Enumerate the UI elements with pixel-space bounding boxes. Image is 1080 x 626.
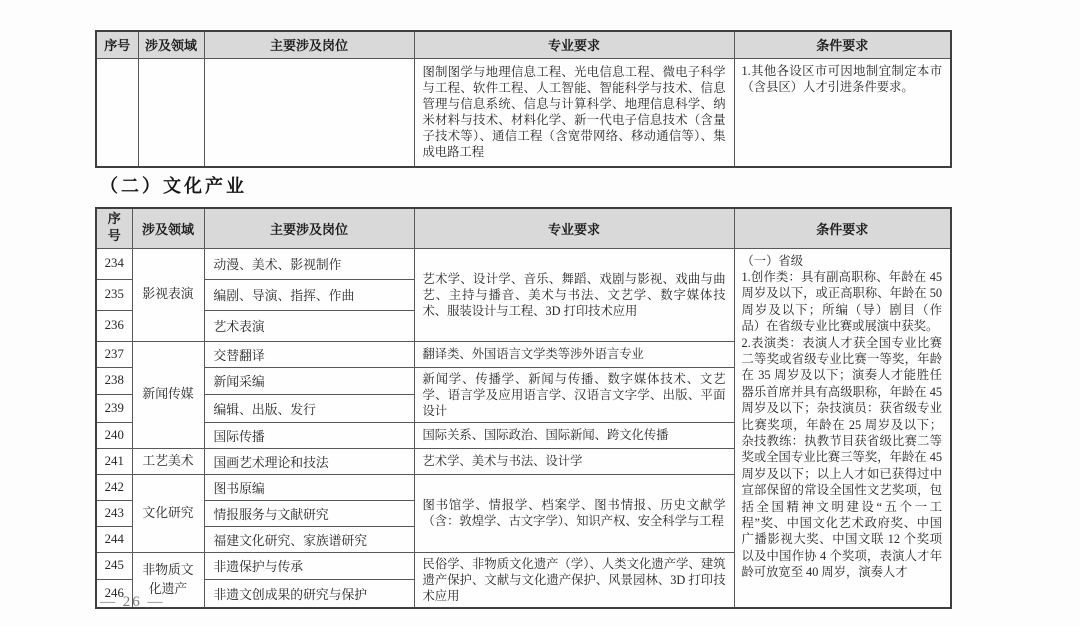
table-row: 图制图学与地理信息工程、光电信息工程、微电子科学与工程、软件工程、人工智能、智能…: [96, 58, 951, 167]
seq-cell: 244: [96, 526, 132, 552]
majors-cell-culture: 图书馆学、情报学、档案学、图书情报、历史文献学（含：敦煌学、古文字学）、知识产权…: [414, 474, 734, 552]
seq-header-label: 序号: [107, 211, 121, 245]
field-cell-empty: [138, 58, 204, 167]
requirements-table-continued: 序号 涉及领域 主要涉及岗位 专业要求 条件要求 图制图学与地理信息工程、光电信…: [95, 30, 952, 168]
seq-cell: 240: [96, 422, 132, 448]
seq-cell-empty: [96, 58, 138, 167]
col-header-seq: 序号: [96, 31, 138, 58]
col-header-field: 涉及领域: [138, 31, 204, 58]
positions-cell: 福建文化研究、家族谱研究: [204, 526, 414, 552]
positions-cell: 新闻采编: [204, 367, 414, 395]
majors-cell-international: 国际关系、国际政治、国际新闻、跨文化传播: [414, 422, 734, 448]
table-header-row: 序号 涉及领域 主要涉及岗位 专业要求 条件要求: [96, 31, 951, 58]
col-header-majors: 专业要求: [414, 31, 734, 58]
field-cell-film: 影视表演: [132, 248, 204, 341]
document-page: 序号 涉及领域 主要涉及岗位 专业要求 条件要求 图制图学与地理信息工程、光电信…: [0, 0, 1080, 626]
seq-cell: 236: [96, 310, 132, 341]
col-header-conditions: 条件要求: [734, 208, 951, 248]
majors-cell-craft: 艺术学、美术与书法、设计学: [414, 448, 734, 474]
seq-cell: 245: [96, 552, 132, 580]
section-title: （二）文化产业: [100, 172, 247, 198]
majors-cell: 图制图学与地理信息工程、光电信息工程、微电子科学与工程、软件工程、人工智能、智能…: [414, 58, 734, 167]
col-header-positions: 主要涉及岗位: [204, 208, 414, 248]
col-header-seq: 序号: [96, 208, 132, 248]
col-header-positions: 主要涉及岗位: [204, 31, 414, 58]
majors-cell-heritage: 民俗学、非物质文化遗产（学）、人类文化遗产学、建筑遗产保护、文献与文化遗产保护、…: [414, 552, 734, 608]
col-header-field: 涉及领域: [132, 208, 204, 248]
majors-cell-translation: 翻译类、外国语言文学类等涉外语言专业: [414, 341, 734, 367]
field-cell-news: 新闻传媒: [132, 341, 204, 448]
seq-cell: 243: [96, 500, 132, 526]
seq-cell: 234: [96, 248, 132, 279]
positions-cell: 艺术表演: [204, 310, 414, 341]
table-header-row: 序号 涉及领域 主要涉及岗位 专业要求 条件要求: [96, 208, 951, 248]
seq-cell: 242: [96, 474, 132, 500]
table-row: 234 影视表演 动漫、美术、影视制作 艺术学、设计学、音乐、舞蹈、戏剧与影视、…: [96, 248, 951, 279]
positions-cell: 非遗保护与传承: [204, 552, 414, 580]
positions-cell: 图书原编: [204, 474, 414, 500]
positions-cell: 国画艺术理论和技法: [204, 448, 414, 474]
field-cell-craft: 工艺美术: [132, 448, 204, 474]
positions-cell-empty: [204, 58, 414, 167]
positions-cell: 国际传播: [204, 422, 414, 448]
seq-cell: 238: [96, 367, 132, 395]
positions-cell: 动漫、美术、影视制作: [204, 248, 414, 279]
col-header-majors: 专业要求: [414, 208, 734, 248]
positions-cell: 编剧、导演、指挥、作曲: [204, 279, 414, 310]
field-cell-culture: 文化研究: [132, 474, 204, 552]
majors-cell-film: 艺术学、设计学、音乐、舞蹈、戏剧与影视、戏曲与曲艺、主持与播音、美术与书法、文艺…: [414, 248, 734, 341]
positions-cell: 非遗文创成果的研究与保护: [204, 580, 414, 608]
conditions-cell: （一）省级 1.创作类：具有副高职称、年龄在 45 周岁及以下，或正高职称、年龄…: [734, 248, 951, 608]
page-number: — 26 —: [100, 594, 165, 611]
seq-cell: 237: [96, 341, 132, 367]
positions-cell: 编辑、出版、发行: [204, 395, 414, 423]
positions-cell: 交替翻译: [204, 341, 414, 367]
conditions-cell: 1.其他各设区市可因地制宜制定本市（含县区）人才引进条件要求。: [734, 58, 951, 167]
positions-cell: 情报服务与文献研究: [204, 500, 414, 526]
seq-cell: 235: [96, 279, 132, 310]
culture-industry-table: 序号 涉及领域 主要涉及岗位 专业要求 条件要求 234 影视表演 动漫、美术、…: [95, 207, 952, 609]
seq-cell: 239: [96, 395, 132, 423]
seq-cell: 241: [96, 448, 132, 474]
majors-cell-news: 新闻学、传播学、新闻与传播、数字媒体技术、文艺学、语言学及应用语言学、汉语言文字…: [414, 367, 734, 422]
col-header-conditions: 条件要求: [734, 31, 951, 58]
